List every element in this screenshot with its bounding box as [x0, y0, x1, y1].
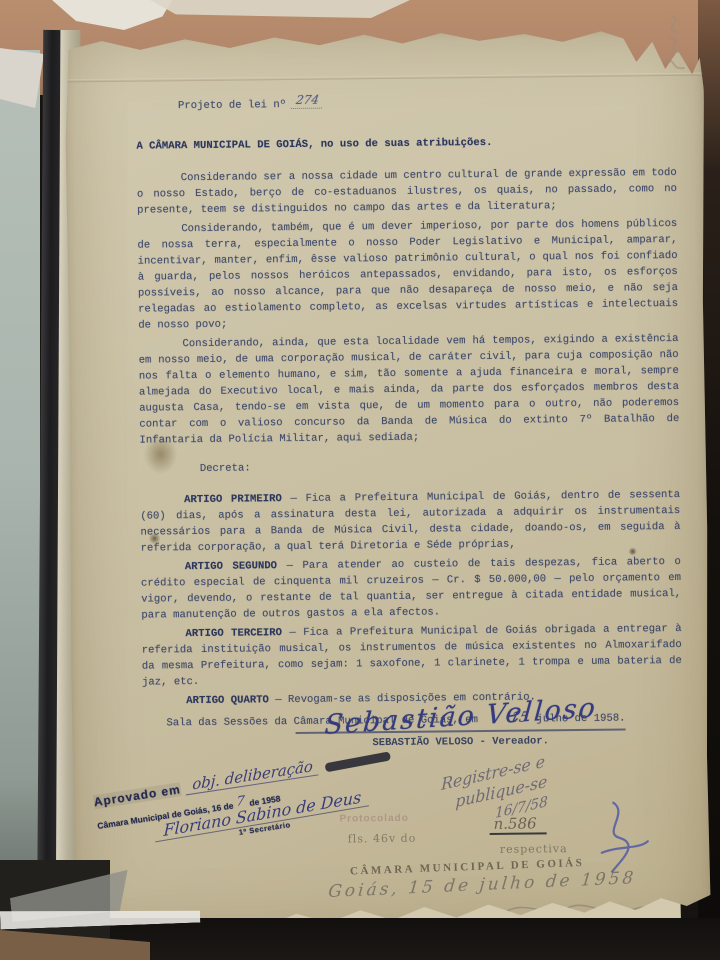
bill-header-label: Projeto de lei nº: [178, 99, 286, 112]
protocol-fls-stamp: fls. 46v do: [348, 832, 417, 846]
bill-header: Projeto de lei nº 274: [178, 91, 676, 114]
ink-smear: [324, 751, 391, 772]
decree-word: Decreta:: [200, 456, 680, 477]
article-paragraph: ARTIGO TERCEIRO — Fica a Prefeitura Muni…: [141, 621, 682, 691]
protocol-stamp-block: Protocolado n.586 fls. 46v do respectiva: [339, 805, 669, 826]
protocol-stamp: Protocolado: [339, 813, 408, 825]
article-label: ARTIGO SEGUNDO: [185, 560, 277, 573]
document-photo: Projeto de lei nº 274 A CÂMARA MUNICIPAL…: [0, 0, 720, 960]
typed-text-column: Projeto de lei nº 274 A CÂMARA MUNICIPAL…: [136, 91, 683, 735]
recital-paragraph: Considerando, ainda, que esta localidade…: [138, 331, 679, 449]
corner-pencil-scribble: [612, 8, 702, 78]
signer-role: - Vereador.: [480, 735, 549, 748]
bill-number-handwritten: 274: [291, 92, 324, 109]
article-label: ARTIGO TERCEIRO: [185, 627, 282, 640]
protocol-number-handwritten: n.586: [489, 814, 546, 835]
adjacent-page-edge: [0, 50, 40, 960]
recital-paragraph: Considerando ser a nossa cidade um centr…: [137, 165, 677, 219]
recital-paragraph: Considerando, também, que é um dever imp…: [137, 216, 678, 334]
article-label: ARTIGO PRIMEIRO: [184, 493, 282, 506]
document-title: A CÂMARA MUNICIPAL DE GOIÁS, no uso de s…: [136, 133, 676, 155]
protocol-respectiva-stamp: respectiva: [500, 842, 568, 856]
article-paragraph: ARTIGO PRIMEIRO — Fica a Prefeitura Muni…: [140, 487, 681, 557]
article-label: ARTIGO QUARTO: [186, 694, 269, 707]
document-page: Projeto de lei nº 274 A CÂMARA MUNICIPAL…: [63, 27, 713, 946]
paper-crease: [64, 73, 704, 83]
article-paragraph: ARTIGO SEGUNDO — Para atender ao custeio…: [141, 554, 682, 624]
